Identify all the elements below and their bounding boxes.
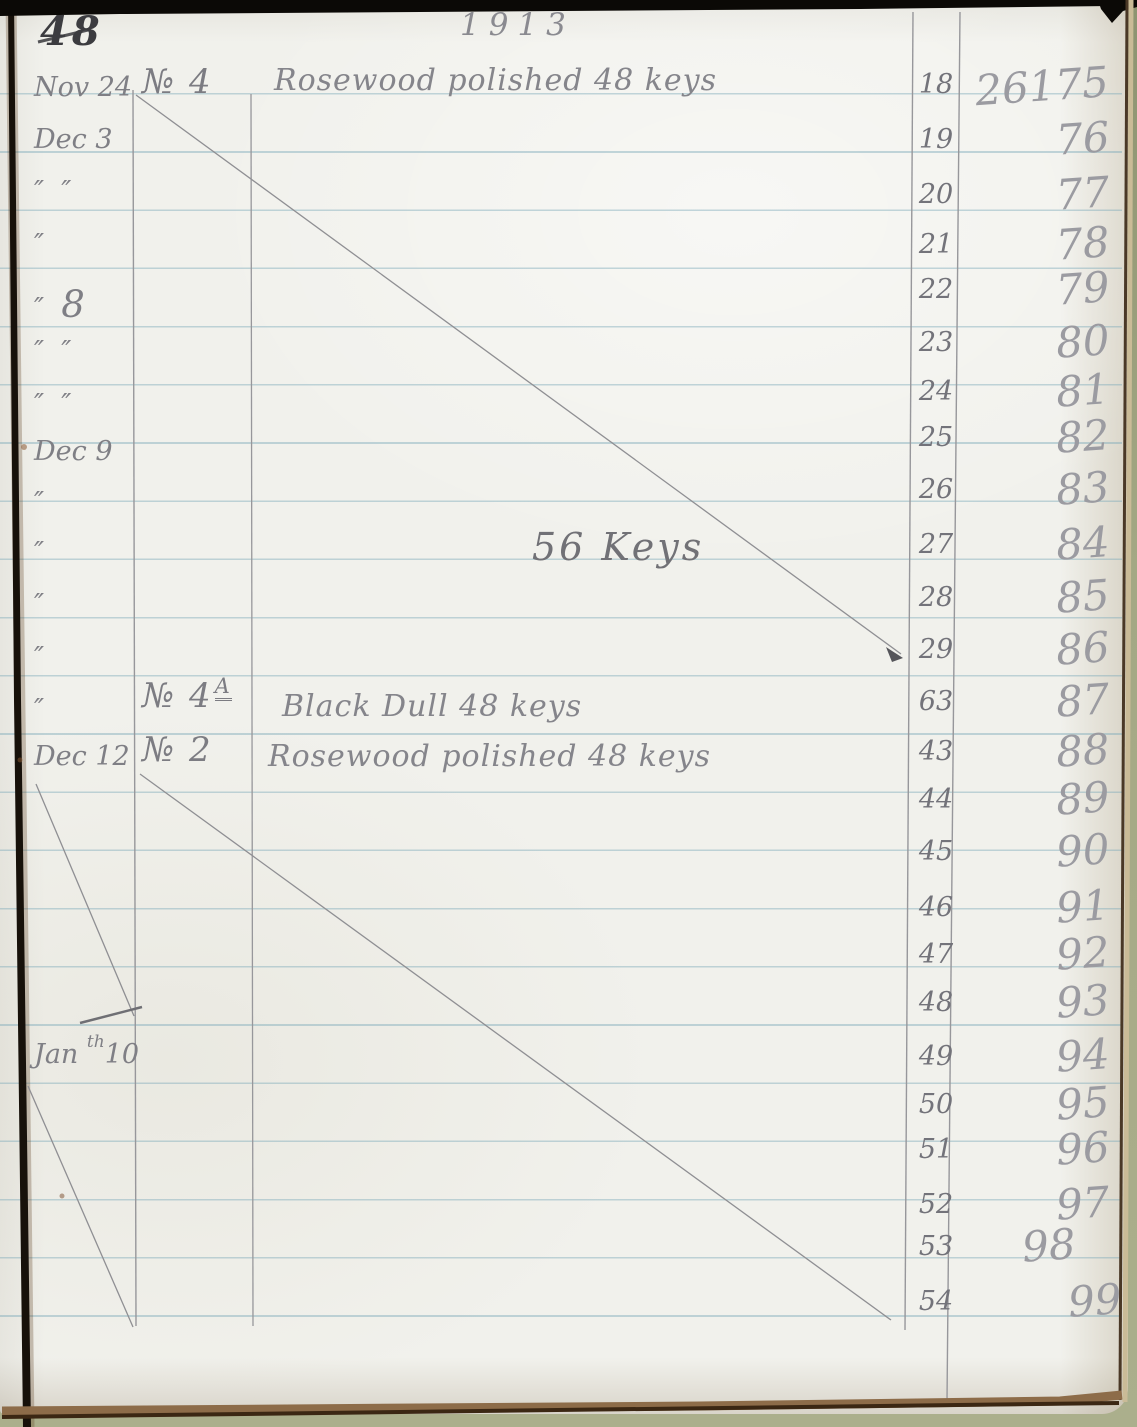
serial-cell: 85 bbox=[1054, 574, 1110, 620]
count-cell: 20 bbox=[912, 181, 960, 208]
serial-cell: 89 bbox=[1054, 776, 1110, 822]
diagonal-line-top bbox=[136, 95, 901, 654]
serial-cell: 83 bbox=[1054, 466, 1110, 512]
ledger-scan: 48 1913 56 Keys № 4 Rosewood polished 48… bbox=[0, 0, 1137, 1427]
serial-cell: 76 bbox=[1054, 116, 1110, 162]
count-cell: 45 bbox=[912, 838, 960, 865]
count-cell: 46 bbox=[912, 894, 960, 921]
date-cell: Nov 24 bbox=[34, 74, 132, 101]
diagonal-line-left-upper bbox=[36, 784, 134, 1016]
count-cell: 22 bbox=[912, 276, 960, 303]
count-cell: 63 bbox=[912, 688, 960, 715]
large-digit: 8 bbox=[61, 283, 85, 326]
model-number-text: № 4 bbox=[142, 676, 213, 716]
column-line-date bbox=[133, 90, 136, 1326]
column-line-model bbox=[251, 94, 253, 1326]
serial-cell: 96 bbox=[1054, 1126, 1110, 1172]
model-suffix: A bbox=[215, 674, 232, 701]
serial-cell: 91 bbox=[1054, 884, 1110, 930]
count-cell: 23 bbox=[912, 329, 960, 356]
serial-cell: 84 bbox=[1054, 521, 1110, 567]
count-cell: 26 bbox=[912, 476, 960, 503]
date-cell: Dec 3 bbox=[34, 126, 113, 153]
date-cell: ″ ″ bbox=[34, 391, 71, 418]
date-cell: Dec 12 bbox=[34, 743, 130, 770]
serial-cell: 86 bbox=[1054, 626, 1110, 672]
date-cell: Dec 9 bbox=[34, 438, 113, 465]
date-cell: ″ bbox=[34, 591, 44, 618]
model-number: № 4A bbox=[142, 676, 232, 713]
model-number-text: № 2 bbox=[142, 730, 213, 770]
date-cell: ″ bbox=[34, 231, 44, 258]
diagonal-end-tick bbox=[80, 1007, 142, 1023]
count-cell: 50 bbox=[912, 1091, 960, 1118]
serial-cell: 77 bbox=[1054, 171, 1110, 217]
binding-crack bbox=[8, 0, 31, 1427]
serial-cell: 81 bbox=[1054, 368, 1110, 414]
count-cell: 44 bbox=[912, 786, 960, 813]
count-cell: 21 bbox=[912, 231, 960, 258]
count-cell: 25 bbox=[912, 424, 960, 451]
rust-spot bbox=[21, 444, 27, 450]
count-cell: 24 bbox=[912, 378, 960, 405]
date-cell: ″ bbox=[34, 696, 44, 723]
count-cell: 19 bbox=[912, 126, 960, 153]
date-cell: ″ bbox=[34, 489, 44, 516]
center-note: 56 Keys bbox=[532, 528, 704, 566]
count-cell: 54 bbox=[912, 1288, 960, 1315]
rust-spot bbox=[60, 1194, 65, 1199]
serial-cell: 82 bbox=[1054, 414, 1110, 460]
date-cell: ″ bbox=[34, 644, 44, 671]
date-cell: ″ bbox=[34, 539, 44, 566]
serial-cell: 87 bbox=[1054, 678, 1110, 724]
count-cell: 49 bbox=[912, 1043, 960, 1070]
count-cell: 43 bbox=[912, 738, 960, 765]
description: Black Dull 48 keys bbox=[282, 692, 582, 722]
serial-cell: 80 bbox=[1054, 319, 1110, 365]
page-number: 48 bbox=[40, 12, 104, 52]
superscript: th bbox=[87, 1032, 105, 1052]
count-cell: 28 bbox=[912, 584, 960, 611]
date-cell: ″ ″ bbox=[34, 338, 71, 365]
count-cell: 53 bbox=[912, 1233, 960, 1260]
count-cell: 52 bbox=[912, 1191, 960, 1218]
serial-cell: 78 bbox=[1054, 221, 1110, 267]
count-cell: 18 bbox=[912, 71, 960, 98]
count-cell: 47 bbox=[912, 941, 960, 968]
model-number: № 2 bbox=[142, 730, 215, 767]
diagonal-line-left-lower bbox=[28, 1086, 133, 1327]
serial-cell: 93 bbox=[1054, 979, 1110, 1025]
serial-cell: 88 bbox=[1054, 728, 1110, 774]
description: Rosewood polished 48 keys bbox=[268, 742, 711, 772]
count-cell: 29 bbox=[912, 636, 960, 663]
serial-cell: 90 bbox=[1054, 828, 1110, 874]
description: Rosewood polished 48 keys bbox=[274, 66, 717, 96]
serial-cell: 98 bbox=[1020, 1223, 1076, 1269]
serial-cell: 99 bbox=[1066, 1278, 1122, 1324]
serial-cell: 92 bbox=[1054, 931, 1110, 977]
year-heading: 1913 bbox=[460, 10, 575, 41]
date-cell: ″ ″ bbox=[34, 178, 71, 205]
date-cell: ″ 8 bbox=[34, 286, 85, 323]
model-number: № 4 bbox=[142, 62, 215, 99]
serial-cell: 26175 bbox=[974, 61, 1110, 112]
serial-cell: 79 bbox=[1054, 266, 1110, 312]
count-cell: 51 bbox=[912, 1136, 960, 1163]
column-line-count bbox=[905, 12, 913, 1330]
serial-cell: 95 bbox=[1054, 1081, 1110, 1127]
count-cell: 27 bbox=[912, 531, 960, 558]
date-cell: Jan th10 bbox=[34, 1034, 139, 1068]
rust-spot bbox=[18, 758, 23, 763]
serial-cell: 94 bbox=[1054, 1033, 1110, 1079]
model-number-text: № 4 bbox=[142, 62, 213, 102]
count-cell: 48 bbox=[912, 989, 960, 1016]
